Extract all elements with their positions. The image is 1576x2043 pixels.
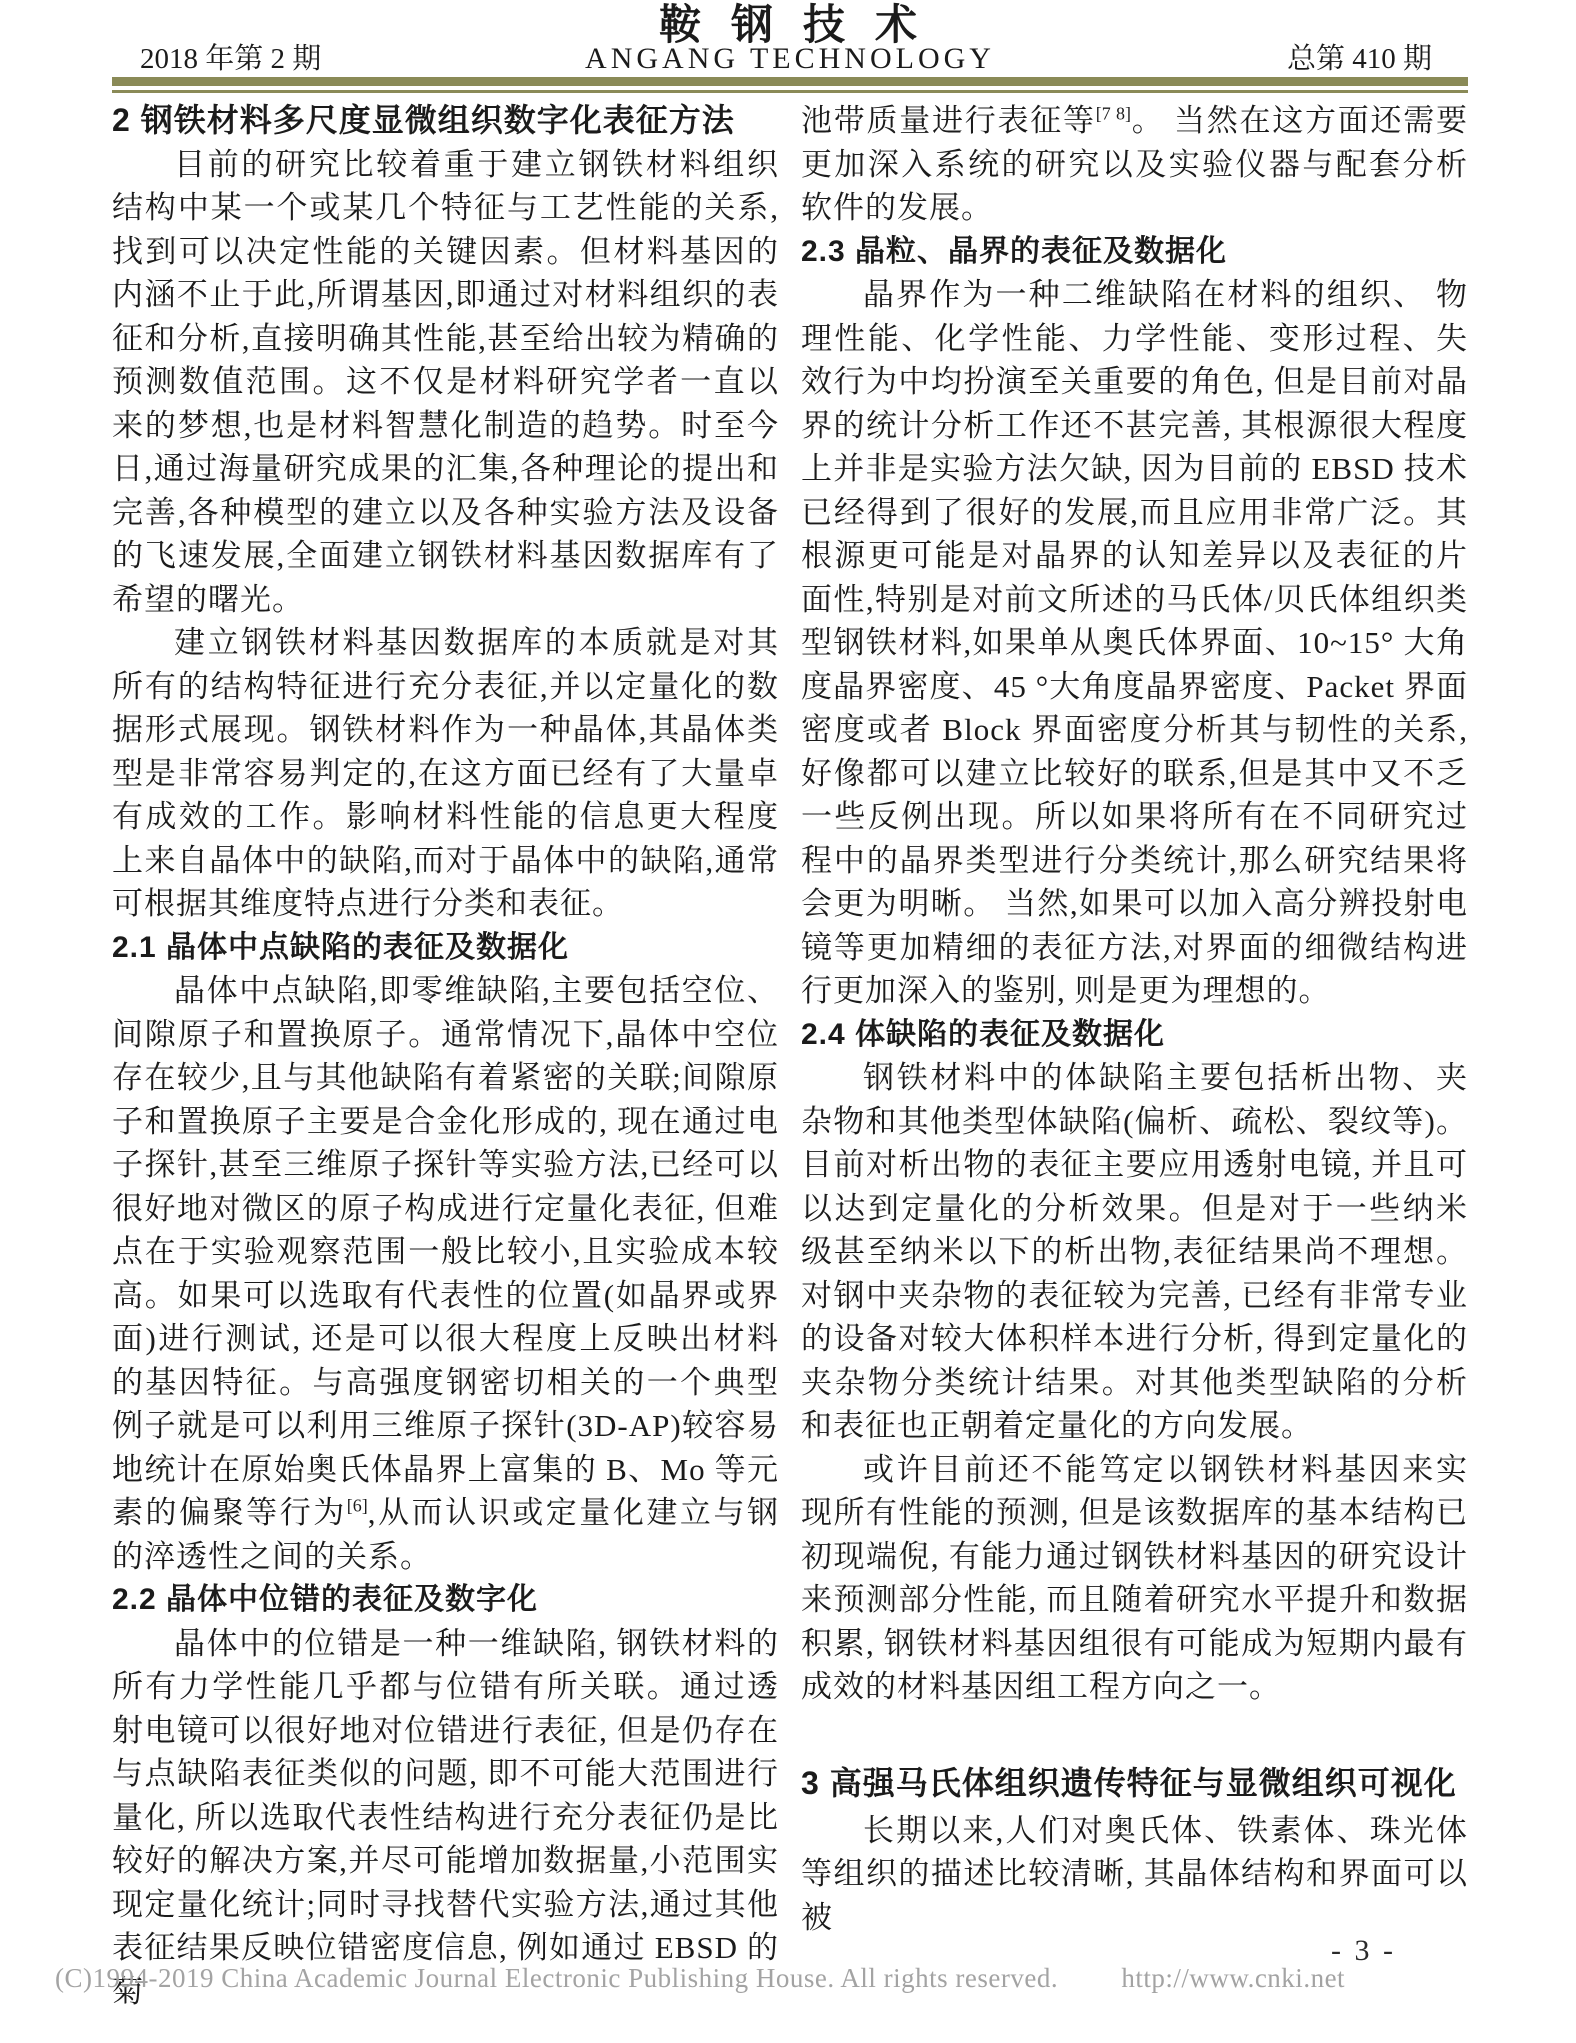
issue-label-right: 总第 410 期 <box>1048 36 1468 77</box>
section-2-4-heading: 2.4 体缺陷的表征及数据化 <box>801 1013 1468 1057</box>
right-column: 池带质量进行表征等[7 8]。 当然在这方面还需要更加深入系统的研究以及实验仪器… <box>801 99 1468 2013</box>
section-2-1-heading: 2.1 晶体中点缺陷的表征及数据化 <box>112 926 779 970</box>
copyright-text: (C)1994-2019 China Academic Journal Elec… <box>55 1963 1058 1993</box>
section-2-3-heading: 2.3 晶粒、晶界的表征及数据化 <box>801 230 1468 274</box>
paragraph: 钢铁材料中的体缺陷主要包括析出物、夹杂物和其他类型体缺陷(偏析、疏松、裂纹等)。… <box>801 1056 1468 1448</box>
section-3-heading: 3 高强马氏体组织遗传特征与显微组织可视化 <box>801 1757 1468 1809</box>
section-2-heading: 2 钢铁材料多尺度显微组织数字化表征方法 <box>112 99 779 143</box>
paragraph: 晶界作为一种二维缺陷在材料的组织、 物理性能、化学性能、力学性能、变形过程、失效… <box>801 273 1468 1013</box>
footer: (C)1994-2019 China Academic Journal Elec… <box>55 1963 1535 1994</box>
reference-marker-6: [6] <box>347 1496 368 1516</box>
paragraph: 目前的研究比较着重于建立钢铁材料组织结构中某一个或某几个特征与工艺性能的关系,找… <box>112 143 779 622</box>
article-body: 2 钢铁材料多尺度显微组织数字化表征方法 目前的研究比较着重于建立钢铁材料组织结… <box>112 99 1468 2013</box>
paragraph-text: 晶体中点缺陷,即零维缺陷,主要包括空位、间隙原子和置换原子。通常情况下,晶体中空… <box>112 973 779 1530</box>
reference-marker-7-8: [7 8] <box>1096 104 1131 124</box>
header-rule-thick <box>112 77 1468 86</box>
paragraph: 或许目前还不能笃定以钢铁材料基因来实现所有性能的预测, 但是该数据库的基本结构已… <box>801 1448 1468 1709</box>
paragraph: 晶体中的位错是一种一维缺陷, 钢铁材料的所有力学性能几乎都与位错有所关联。通过透… <box>112 1622 779 2014</box>
issue-label-left: 2018 年第 2 期 <box>112 36 532 77</box>
paragraph: 长期以来,人们对奥氏体、铁素体、珠光体等组织的描述比较清晰, 其晶体结构和界面可… <box>801 1809 1468 1940</box>
paragraph: 池带质量进行表征等[7 8]。 当然在这方面还需要更加深入系统的研究以及实验仪器… <box>801 99 1468 230</box>
paragraph: 建立钢铁材料基因数据库的本质就是对其所有的结构特征进行充分表征,并以定量化的数据… <box>112 621 779 926</box>
paragraph-text: 池带质量进行表征等 <box>801 103 1096 138</box>
header-divider <box>112 77 1468 93</box>
header-rule-thin <box>112 90 1468 93</box>
section-2-2-heading: 2.2 晶体中位错的表征及数字化 <box>112 1578 779 1622</box>
paragraph: 晶体中点缺陷,即零维缺陷,主要包括空位、间隙原子和置换原子。通常情况下,晶体中空… <box>112 969 779 1578</box>
site-url: http://www.cnki.net <box>1121 1963 1345 1993</box>
left-column: 2 钢铁材料多尺度显微组织数字化表征方法 目前的研究比较着重于建立钢铁材料组织结… <box>112 99 779 2013</box>
header-meta-row: 2018 年第 2 期 ANGANG TECHNOLOGY 总第 410 期 <box>112 36 1468 77</box>
journal-title-en: ANGANG TECHNOLOGY <box>532 42 1048 76</box>
